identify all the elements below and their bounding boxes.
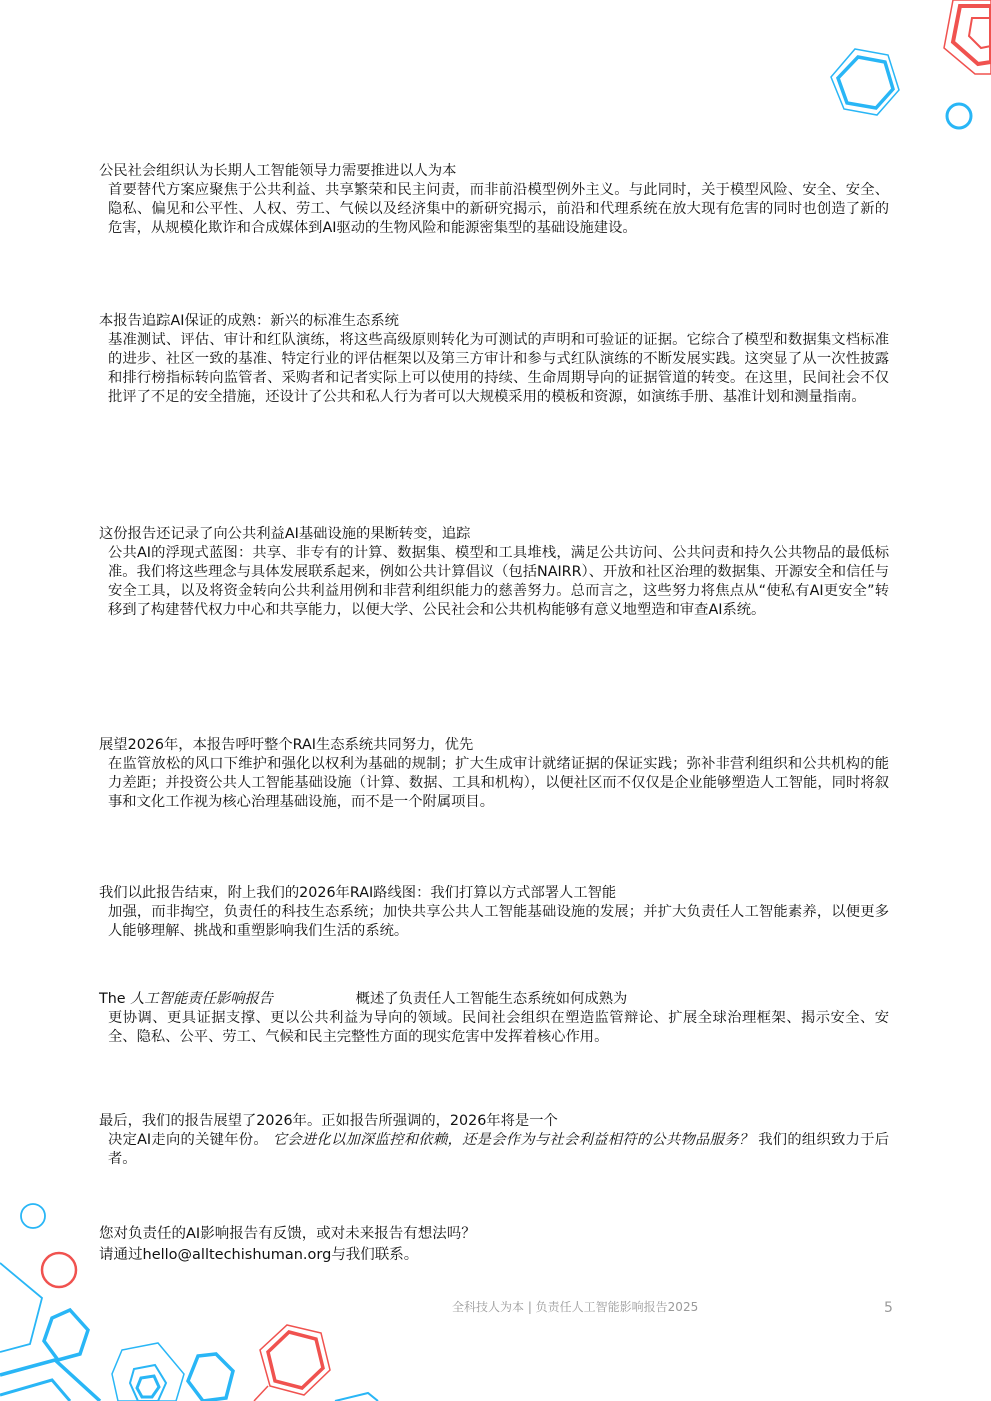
section-heading: The 人工智能责任影响报告 概述了负责任人工智能生态系统如何成熟为: [99, 990, 889, 1009]
blue-hexagon-nested-mid-icon: [130, 1365, 166, 1401]
section-heading: 我们以此报告结束，附上我们的2026年RAI路线图：我们打算以方式部署人工智能: [99, 884, 889, 903]
section-heading: 最后，我们的报告展望了2026年。正如报告所强调的，2026年将是一个: [99, 1112, 889, 1131]
blue-hexagon-small-icon: [44, 1310, 88, 1360]
section-heading: 本报告追踪AI保证的成熟：新兴的标准生态系统: [99, 312, 889, 331]
section-closing: 最后，我们的报告展望了2026年。正如报告所强调的，2026年将是一个 决定AI…: [99, 1112, 889, 1169]
report-title-italic: 人工智能责任影响报告: [130, 991, 273, 1007]
section-body: 加强，而非掏空，负责任的科技生态系统；加快共享公共人工智能基础设施的发展；并扩大…: [99, 903, 889, 941]
blue-hexagon-top-icon: [831, 49, 899, 115]
contact-suffix: 与我们联系。: [331, 1247, 418, 1263]
section-body: 公共AI的浮现式蓝图：共享、非专有的计算、数据集、模型和工具堆栈，满足公共访问、…: [99, 544, 889, 620]
section-body: 首要替代方案应聚焦于公共利益、共享繁荣和民主问责，而非前沿模型例外主义。与此同时…: [99, 181, 889, 238]
blue-circle-bottom-icon: [21, 1204, 45, 1228]
section-heading: 这份报告还记录了向公共利益AI基础设施的果断转变，追踪: [99, 525, 889, 544]
page-number: 5: [884, 1300, 893, 1316]
email-link[interactable]: hello@alltechishuman.org: [143, 1247, 332, 1263]
section-outlook-2026: 展望2026年，本报告呼吁整个RAI生态系统共同努力，优先 在监管放松的风口下维…: [99, 736, 889, 812]
section-public-ai-infrastructure: 这份报告还记录了向公共利益AI基础设施的果断转变，追踪 公共AI的浮现式蓝图：共…: [99, 525, 889, 620]
section-report-overview: The 人工智能责任影响报告 概述了负责任人工智能生态系统如何成熟为 更协调、更…: [99, 990, 889, 1047]
blue-line-icon: [0, 1360, 100, 1401]
section-heading: 公民社会组织认为长期人工智能领导力需要推进以人为本: [99, 162, 889, 181]
blue-hexagon-edge-icon: [0, 1263, 42, 1352]
heading-prefix: The: [99, 991, 126, 1007]
section-body: 基准测试、评估、审计和红队演练，将这些高级原则转化为可测试的声明和可验证的证据。…: [99, 331, 889, 407]
page-footer: 全科技人为本 | 负责任人工智能影响报告2025: [452, 1298, 698, 1315]
section-body: 决定AI走向的关键年份。 它会进化以加深监控和依赖，还是会作为与社会利益相符的公…: [99, 1131, 889, 1169]
red-circle-bottom-icon: [42, 1253, 76, 1287]
section-ai-assurance: 本报告追踪AI保证的成熟：新兴的标准生态系统 基准测试、评估、审计和红队演练，将…: [99, 312, 889, 407]
contact-block: 您对负责任的AI影响报告有反馈，或对未来报告有想法吗？ 请通过hello@all…: [99, 1224, 476, 1266]
body-prefix: 决定AI走向的关键年份。: [108, 1132, 268, 1148]
section-heading: 展望2026年，本报告呼吁整个RAI生态系统共同努力，优先: [99, 736, 889, 755]
blue-circle-top-icon: [947, 104, 971, 128]
contact-line-email: 请通过hello@alltechishuman.org与我们联系。: [99, 1245, 476, 1266]
section-body: 更协调、更具证据支撑、更以公共利益为导向的领域。民间社会组织在塑造监管辩论、扩展…: [99, 1009, 889, 1047]
red-hexagon-bottom-icon: [254, 1325, 330, 1401]
red-hexagon-cluster-top-icon: [944, 0, 991, 74]
blue-hexagon-bottom-icon: [188, 1354, 233, 1401]
section-human-centered: 公民社会组织认为长期人工智能领导力需要推进以人为本 首要替代方案应聚焦于公共利益…: [99, 162, 889, 238]
heading-suffix: 概述了负责任人工智能生态系统如何成熟为: [356, 991, 628, 1007]
contact-line-feedback: 您对负责任的AI影响报告有反馈，或对未来报告有想法吗？: [99, 1224, 476, 1245]
contact-prefix: 请通过: [99, 1247, 143, 1263]
blue-hexagon-nested-outer-icon: [112, 1343, 184, 1401]
section-body: 在监管放松的风口下维护和强化以权利为基础的规制；扩大生成审计就绪证据的保证实践；…: [99, 755, 889, 812]
section-roadmap: 我们以此报告结束，附上我们的2026年RAI路线图：我们打算以方式部署人工智能 …: [99, 884, 889, 941]
body-italic-question: 它会进化以加深监控和依赖，还是会作为与社会利益相符的公共物品服务？: [273, 1132, 754, 1148]
